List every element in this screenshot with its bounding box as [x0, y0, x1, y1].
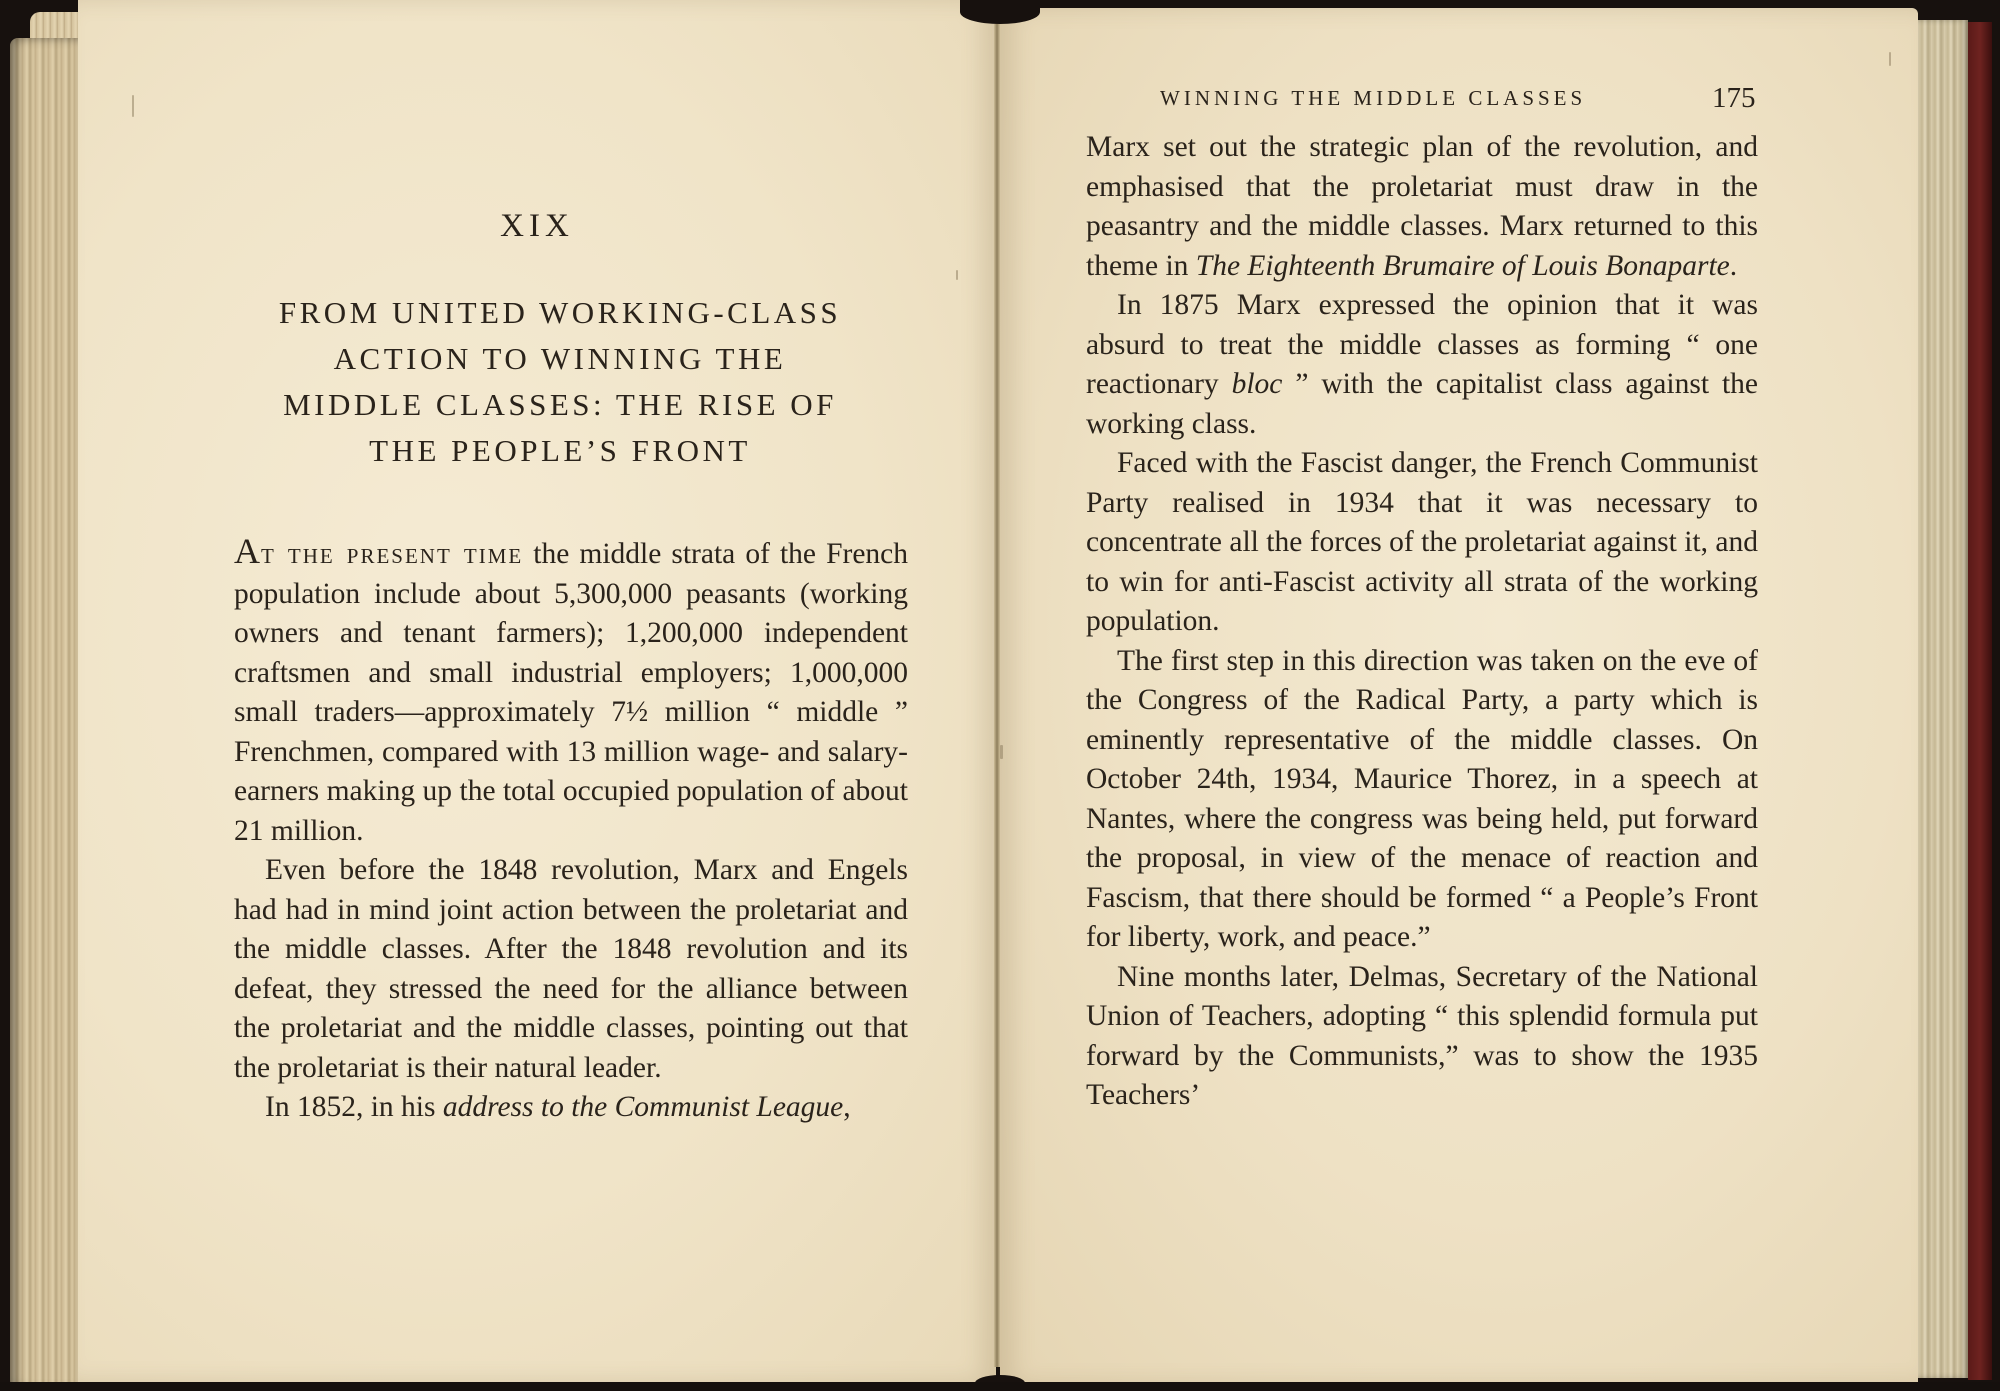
page-number: 175 [1712, 82, 1756, 115]
paragraph-text: , [843, 1091, 850, 1123]
chapter-title: FROM UNITED WORKING-CLASS ACTION TO WINN… [230, 290, 890, 474]
chapter-title-line: ACTION TO WINNING THE [230, 336, 890, 382]
paper-speck [1889, 52, 1891, 66]
paper-speck [132, 95, 134, 117]
italic-title: The Eighteenth Brumaire of Louis Bonapar… [1196, 250, 1730, 282]
open-book-scene: XIX FROM UNITED WORKING-CLASS ACTION TO … [0, 0, 2000, 1391]
drop-capital: A [234, 531, 261, 571]
paragraph-text: In 1852, in his [265, 1091, 443, 1123]
paragraph-text: the middle strata of the French populati… [234, 538, 908, 847]
chapter-title-line: THE PEOPLE’S FRONT [230, 428, 890, 474]
red-cover-edge [1968, 22, 1992, 1380]
paragraph: In 1852, in his address to the Communist… [234, 1088, 908, 1128]
paragraph: Even before the 1848 revolution, Marx an… [234, 851, 908, 1088]
left-fore-edge [10, 38, 78, 1390]
paragraph-continuation: Marx set out the strategic plan of the r… [1086, 128, 1758, 286]
paper-speck [1000, 745, 1003, 759]
italic-title: address to the Communist League [443, 1091, 843, 1123]
paragraph: Nine months later, Delmas, Secretary of … [1086, 958, 1758, 1116]
chapter-title-line: MIDDLE CLASSES: THE RISE OF [230, 382, 890, 428]
italic-word: bloc [1232, 368, 1283, 400]
paper-speck [956, 270, 958, 280]
running-head: WINNING THE MIDDLE CLASSES [1160, 86, 1586, 111]
opening-small-caps: t the present time [261, 538, 523, 570]
paragraph: The first step in this direction was tak… [1086, 642, 1758, 958]
chapter-title-line: FROM UNITED WORKING-CLASS [230, 290, 890, 336]
gutter-top-shadow [960, 0, 1040, 24]
paragraph: At the present time the middle strata of… [234, 532, 908, 851]
bottom-shadow [0, 1382, 2000, 1391]
right-page-body: Marx set out the strategic plan of the r… [1086, 128, 1758, 1116]
left-page-body: At the present time the middle strata of… [234, 532, 908, 1128]
paragraph: In 1875 Marx expressed the opinion that … [1086, 286, 1758, 444]
right-fore-edge [1918, 20, 1968, 1378]
paragraph-text: . [1730, 250, 1737, 282]
chapter-number: XIX [78, 208, 996, 245]
paragraph: Faced with the Fascist danger, the Frenc… [1086, 444, 1758, 642]
